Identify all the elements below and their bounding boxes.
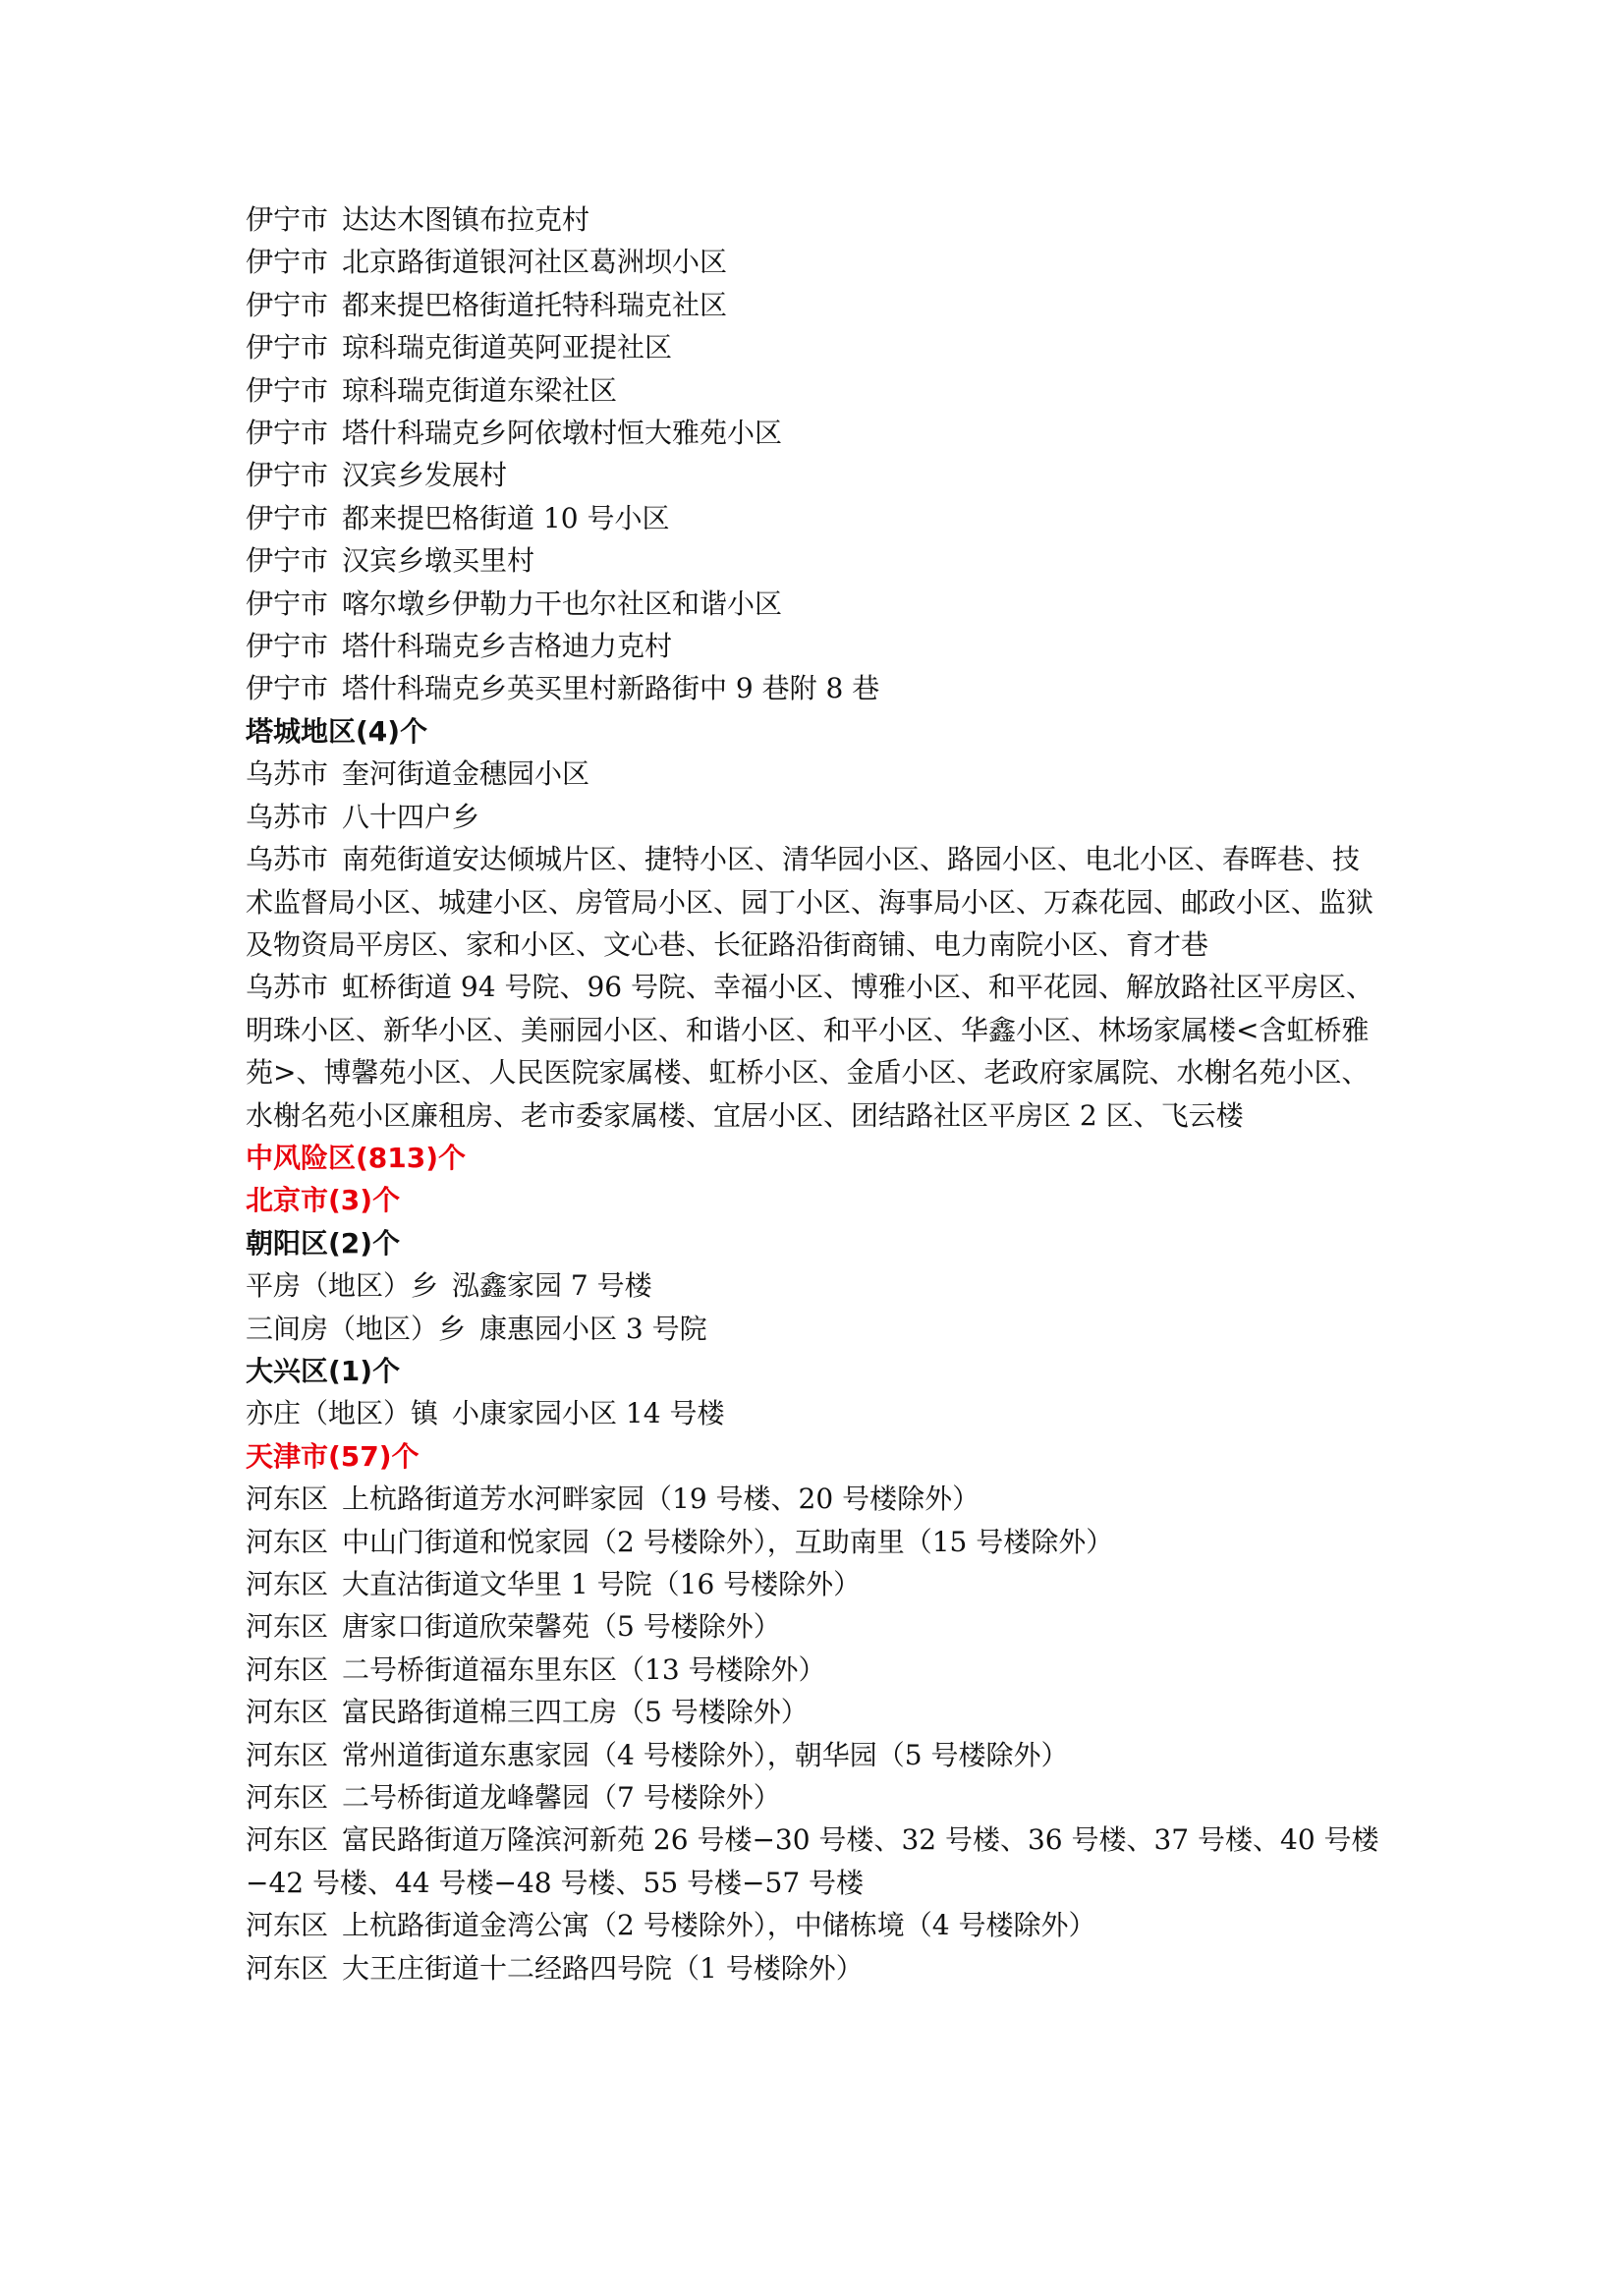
place-name: 河东区 [246,1739,328,1771]
place-name: 河东区 [246,1483,328,1515]
list-item: 河东区二号桥街道龙峰馨园（7 号楼除外） [246,1776,1385,1819]
place-detail: 八十四户乡 [342,801,479,833]
place-detail: 汉宾乡发展村 [342,459,507,491]
place-detail: 大王庄街道十二经路四号院（1 号楼除外） [342,1952,864,1985]
list-item: 河东区上杭路街道金湾公寓（2 号楼除外），中储栋境（4 号楼除外） [246,1904,1385,1946]
list-item: 河东区大直沽街道文华里 1 号院（16 号楼除外） [246,1563,1385,1605]
list-item: 伊宁市塔什科瑞克乡英买里村新路街中 9 巷附 8 巷 [246,667,1385,709]
place-detail: 上杭路街道芳水河畔家园（19 号楼、20 号楼除外） [342,1483,980,1515]
place-name: 河东区 [246,1653,328,1686]
list-item: 乌苏市南苑街道安达倾城片区、捷特小区、清华园小区、路园小区、电北小区、春晖巷、技… [246,838,1385,966]
place-name: 伊宁市 [246,417,328,449]
section-heading-daxing: 大兴区(1)个 [246,1350,1385,1392]
place-name: 河东区 [246,1610,328,1643]
place-detail: 富民路街道万隆滨河新苑 26 号楼−30 号楼、32 号楼、36 号楼、37 号… [246,1823,1379,1898]
list-item: 河东区富民路街道棉三四工房（5 号楼除外） [246,1691,1385,1733]
list-item: 平房（地区）乡泓鑫家园 7 号楼 [246,1264,1385,1307]
place-name: 伊宁市 [246,459,328,491]
place-detail: 塔什科瑞克乡阿依墩村恒大雅苑小区 [342,417,782,449]
place-detail: 常州道街道东惠家园（4 号楼除外），朝华园（5 号楼除外） [342,1739,1068,1771]
list-item: 乌苏市八十四户乡 [246,796,1385,838]
place-detail: 虹桥街道 94 号院、96 号院、幸福小区、博雅小区、和平花园、解放路社区平房区… [246,971,1373,1131]
place-detail: 喀尔墩乡伊勒力干也尔社区和谐小区 [342,588,782,620]
list-item: 伊宁市汉宾乡发展村 [246,454,1385,496]
place-detail: 都来提巴格街道 10 号小区 [342,502,669,534]
list-item: 伊宁市都来提巴格街道 10 号小区 [246,497,1385,539]
section-heading-medium-risk: 中风险区(813)个 [246,1137,1385,1179]
place-name: 河东区 [246,1696,328,1728]
place-name: 乌苏市 [246,971,328,1003]
list-item: 河东区常州道街道东惠家园（4 号楼除外），朝华园（5 号楼除外） [246,1734,1385,1776]
section-heading-beijing: 北京市(3)个 [246,1179,1385,1221]
place-detail: 塔什科瑞克乡吉格迪力克村 [342,630,672,662]
list-item: 河东区富民路街道万隆滨河新苑 26 号楼−30 号楼、32 号楼、36 号楼、3… [246,1819,1385,1904]
place-detail: 达达木图镇布拉克村 [342,203,589,236]
place-name: 河东区 [246,1568,328,1600]
place-detail: 上杭路街道金湾公寓（2 号楼除外），中储栋境（4 号楼除外） [342,1909,1095,1941]
list-item: 河东区唐家口街道欣荣馨苑（5 号楼除外） [246,1605,1385,1648]
section-heading-chaoyang: 朝阳区(2)个 [246,1222,1385,1264]
place-name: 伊宁市 [246,672,328,704]
place-name: 河东区 [246,1909,328,1941]
place-detail: 奎河街道金穗园小区 [342,757,589,790]
list-item: 伊宁市塔什科瑞克乡吉格迪力克村 [246,625,1385,667]
list-item: 伊宁市塔什科瑞克乡阿依墩村恒大雅苑小区 [246,412,1385,454]
list-item: 河东区上杭路街道芳水河畔家园（19 号楼、20 号楼除外） [246,1478,1385,1520]
list-item: 伊宁市琼科瑞克街道东梁社区 [246,369,1385,412]
section-heading-tacheng: 塔城地区(4)个 [246,710,1385,753]
place-name: 伊宁市 [246,203,328,236]
list-item: 伊宁市琼科瑞克街道英阿亚提社区 [246,326,1385,368]
place-detail: 中山门街道和悦家园（2 号楼除外），互助南里（15 号楼除外） [342,1526,1113,1558]
place-name: 乌苏市 [246,843,328,875]
list-item: 伊宁市都来提巴格街道托特科瑞克社区 [246,284,1385,326]
list-item: 河东区中山门街道和悦家园（2 号楼除外），互助南里（15 号楼除外） [246,1521,1385,1563]
place-name: 平房（地区）乡 [246,1269,438,1302]
place-detail: 琼科瑞克街道英阿亚提社区 [342,331,672,364]
place-detail: 泓鑫家园 7 号楼 [452,1269,652,1302]
list-item: 三间房（地区）乡康惠园小区 3 号院 [246,1308,1385,1350]
place-name: 伊宁市 [246,544,328,577]
place-name: 伊宁市 [246,246,328,278]
document-page: 伊宁市达达木图镇布拉克村 伊宁市北京路街道银河社区葛洲坝小区 伊宁市都来提巴格街… [246,198,1385,1989]
list-item: 乌苏市奎河街道金穗园小区 [246,753,1385,795]
place-detail: 二号桥街道龙峰馨园（7 号楼除外） [342,1781,781,1814]
place-detail: 小康家园小区 14 号楼 [452,1397,724,1429]
place-name: 伊宁市 [246,502,328,534]
list-item: 亦庄（地区）镇小康家园小区 14 号楼 [246,1392,1385,1434]
place-name: 三间房（地区）乡 [246,1313,466,1345]
place-detail: 南苑街道安达倾城片区、捷特小区、清华园小区、路园小区、电北小区、春晖巷、技术监督… [246,843,1373,961]
list-item: 伊宁市汉宾乡墩买里村 [246,539,1385,582]
place-name: 乌苏市 [246,757,328,790]
section-heading-tianjin: 天津市(57)个 [246,1435,1385,1478]
place-name: 亦庄（地区）镇 [246,1397,438,1429]
list-item: 伊宁市达达木图镇布拉克村 [246,198,1385,241]
place-name: 河东区 [246,1952,328,1985]
place-name: 河东区 [246,1526,328,1558]
place-detail: 塔什科瑞克乡英买里村新路街中 9 巷附 8 巷 [342,672,879,704]
list-item: 伊宁市北京路街道银河社区葛洲坝小区 [246,241,1385,283]
place-name: 伊宁市 [246,588,328,620]
place-name: 伊宁市 [246,630,328,662]
place-name: 乌苏市 [246,801,328,833]
place-detail: 康惠园小区 3 号院 [479,1313,707,1345]
place-detail: 富民路街道棉三四工房（5 号楼除外） [342,1696,809,1728]
place-name: 伊宁市 [246,331,328,364]
place-detail: 北京路街道银河社区葛洲坝小区 [342,246,727,278]
place-name: 伊宁市 [246,289,328,321]
place-detail: 唐家口街道欣荣馨苑（5 号楼除外） [342,1610,781,1643]
list-item: 河东区二号桥街道福东里东区（13 号楼除外） [246,1649,1385,1691]
place-detail: 二号桥街道福东里东区（13 号楼除外） [342,1653,826,1686]
list-item: 伊宁市喀尔墩乡伊勒力干也尔社区和谐小区 [246,583,1385,625]
place-name: 河东区 [246,1781,328,1814]
list-item: 河东区大王庄街道十二经路四号院（1 号楼除外） [246,1947,1385,1989]
list-item: 乌苏市虹桥街道 94 号院、96 号院、幸福小区、博雅小区、和平花园、解放路社区… [246,966,1385,1137]
place-detail: 大直沽街道文华里 1 号院（16 号楼除外） [342,1568,861,1600]
place-detail: 都来提巴格街道托特科瑞克社区 [342,289,727,321]
place-name: 伊宁市 [246,374,328,407]
place-detail: 汉宾乡墩买里村 [342,544,534,577]
place-name: 河东区 [246,1823,328,1856]
place-detail: 琼科瑞克街道东梁社区 [342,374,617,407]
